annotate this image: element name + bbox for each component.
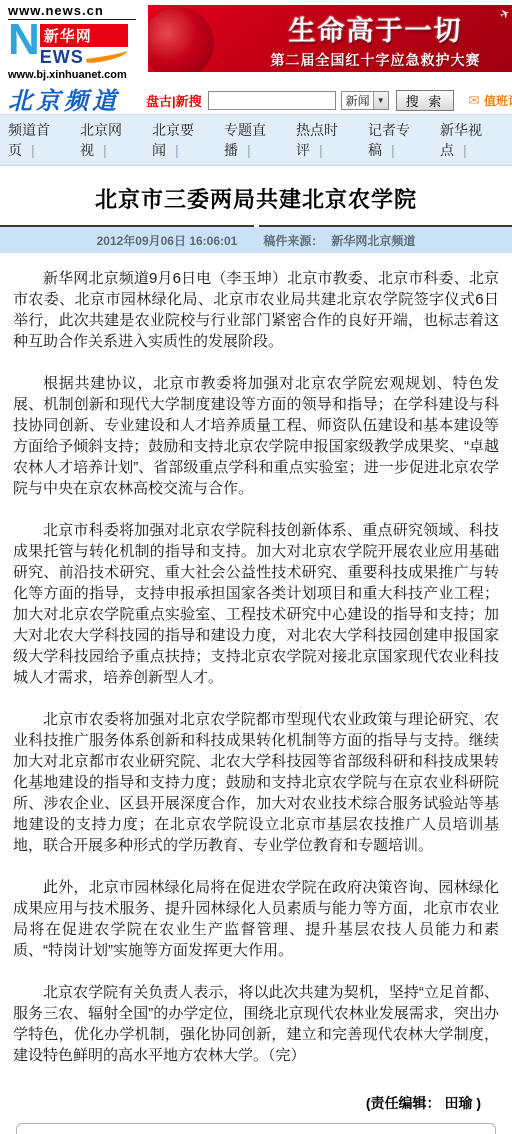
search-category-value: 新闻 (346, 92, 370, 109)
page: www.news.cn N 新华网 EWS www.bj.xinhuanet.c… (0, 0, 512, 1134)
duty-reporter-block: ✉ 值班记者 (468, 92, 512, 109)
nav-item-live-topics[interactable]: 专题直播 (222, 120, 294, 160)
banner-text: 生命高于一切 第二届全国红十字应急救护大赛 (243, 9, 508, 70)
nav-item-reporter-column[interactable]: 记者专稿 (366, 120, 438, 160)
duty-reporter-link[interactable]: 值班记者 (484, 92, 512, 109)
banner-subtitle: 第二届全国红十字应急救护大赛 (243, 50, 508, 70)
banner-title: 生命高于一切 (243, 9, 508, 48)
paragraph-3: 北京市科委将加强对北京农学院科技创新体系、重点研究领域、科技成果托管与转化机制的… (13, 520, 499, 688)
site-header: www.news.cn N 新华网 EWS www.bj.xinhuanet.c… (0, 0, 512, 86)
swoosh-graphic (85, 48, 128, 64)
logo-column: www.news.cn N 新华网 EWS www.bj.xinhuanet.c… (8, 3, 144, 116)
nav-item-hot-comment[interactable]: 热点时评 (294, 120, 366, 160)
article-body: 新华网北京频道9月6日电（李玉坤）北京市教委、北京市科委、北京市农委、北京市园林… (0, 253, 512, 1134)
chevron-down-icon[interactable]: ▼ (373, 92, 388, 109)
channel-url-link[interactable]: www.bj.xinhuanet.com (8, 69, 144, 81)
article-date: 2012年09月06日 16:06:01 (97, 232, 238, 249)
search-engine-links[interactable]: 盘古|新搜 (146, 91, 202, 110)
paragraph-2: 根据共建协议，北京市教委将加强对北京农学院宏观规划、特色发展、机制创新和现代大学… (13, 373, 499, 499)
paragraph-1: 新华网北京频道9月6日电（李玉坤）北京市教委、北京市科委、北京市农委、北京市园林… (13, 268, 499, 352)
logo-cn-badge: 新华网 (40, 24, 128, 47)
search-category-select[interactable]: 新闻 ▼ (341, 91, 389, 110)
source-label: 稿件来源： (263, 232, 323, 249)
paragraph-6: 北京农学院有关负责人表示，将以此次共建为契机，坚持“立足首都、服务三农、辐射全国… (13, 982, 499, 1066)
paragraph-5: 此外，北京市园林绿化局将在促进农学院在政府决策咨询、园林绿化成果应用与技术服务、… (13, 877, 499, 961)
editor-credit: (责任编辑： 田瑜 ) (13, 1087, 499, 1113)
logo-n-letter: N (8, 21, 38, 58)
article-title: 北京市三委两局共建北京农学院 (10, 183, 502, 214)
logo-ews-letters: EWS (40, 47, 84, 68)
channel-name[interactable]: 北京频道 (8, 81, 144, 116)
xinhuanet-logo[interactable]: N 新华网 EWS (8, 21, 144, 68)
nav-item-xinhua-view[interactable]: 新华视点 (438, 120, 510, 160)
search-button[interactable]: 搜 索 (396, 90, 455, 111)
globe-graphic (148, 7, 214, 72)
nav-item-beijing-video[interactable]: 北京网视 (78, 120, 150, 160)
logo-right-block: 新华网 EWS (40, 24, 128, 68)
main-nav: 频道首页 北京网视 北京要闻 专题直播 热点时评 记者专稿 新华视点 (0, 114, 512, 166)
nav-item-channel-home[interactable]: 频道首页 (6, 120, 78, 160)
article-source: 新华网北京频道 (331, 232, 415, 249)
envelope-icon: ✉ (468, 92, 480, 109)
paragraph-4: 北京市农委将加强对北京农学院都市型现代农业政策与理论研究、农业科技推广服务体系创… (13, 709, 499, 856)
article-meta-bar: 2012年09月06日 16:06:01 稿件来源： 新华网北京频道 (0, 227, 512, 253)
banner-ad[interactable]: ✈ 生命高于一切 第二届全国红十字应急救护大赛 (148, 5, 512, 72)
related-box-edge (16, 1123, 496, 1134)
search-input[interactable] (208, 91, 336, 110)
nav-item-beijing-news[interactable]: 北京要闻 (150, 120, 222, 160)
